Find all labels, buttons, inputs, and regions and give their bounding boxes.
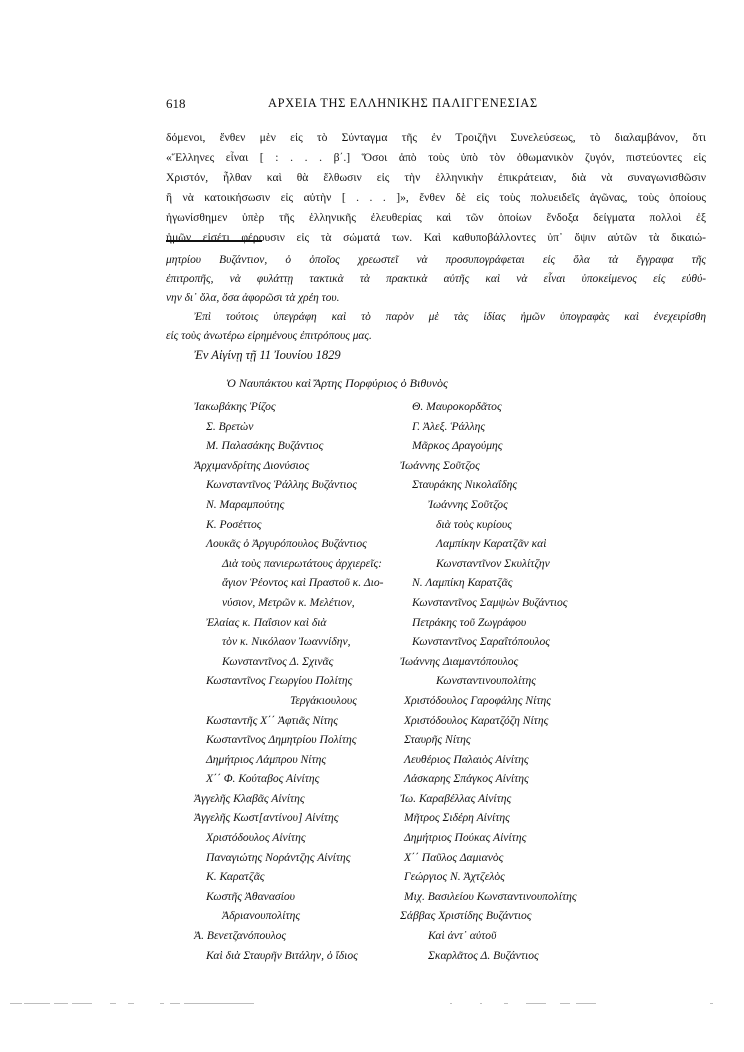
signature-line: Σάββας Χριστίδης Βυζάντιος <box>400 906 680 926</box>
page-header: 618 ΑΡΧΕΙΑ ΤΗΣ ΕΛΛΗΝΙΚΗΣ ΠΑΛΙΓΓΕΝΕΣΙΑΣ <box>166 96 706 116</box>
signature-line: Καὶ ἀντ᾿ αὐτοῦ <box>400 926 680 946</box>
signature-line: Κωσταντῖνος Δημητρίου Πολίτης <box>194 730 404 750</box>
signature-line: Ἀ. Βενετζανόπουλος <box>194 926 404 946</box>
signature-line: Κ. Καρατζᾶς <box>194 867 404 887</box>
signature-line: Ἰωάννης Διαμαντόπουλος <box>400 652 680 672</box>
signature-line: Ἰωάννης Σοῦτζος <box>400 456 680 476</box>
body-line: ἠγωνίσθημεν ὑπὲρ τῆς ἑλληνικῆς ἐλευθερία… <box>166 208 706 228</box>
footnote-line: εἰς τοὺς ἀνωτέρω εἰρημένους ἐπιτρόπους μ… <box>166 327 706 346</box>
dateline: Ἐν Αἰγίνῃ τῇ 11 Ἰουνίου 1829 <box>194 348 341 363</box>
signature-line: ἅγιον Ῥέοντος καὶ Πραστοῦ κ. Διο- <box>194 573 404 593</box>
signature-line: Παναγιώτης Νοράντζης Αἰνίτης <box>194 848 404 868</box>
signature-line: Μᾶρκος Δραγούμης <box>400 436 680 456</box>
signature-line: Λευθέριος Παλαιὸς Αἰνίτης <box>400 750 680 770</box>
footnote-line: μητρίου Βυζάντιον, ὁ ὁποῖος χρεωστεῖ νὰ … <box>166 251 706 270</box>
signature-line: Μῆτρος Σιδέρη Αἰνίτης <box>400 808 680 828</box>
signature-line: Κωσταντῆς Χ΄΄ Ἀφτιᾶς Νίτης <box>194 711 404 731</box>
signatures-right-column: Θ. ΜαυροκορδᾶτοςΓ. Ἀλεξ. ῬάλληςΜᾶρκος Δρ… <box>400 397 680 965</box>
signature-line: Κωνσταντῖνος Σαμψὼν Βυζάντιος <box>400 593 680 613</box>
signature-line: Χ΄΄ Παῦλος Δαμιανὸς <box>400 848 680 868</box>
signature-line: Ν. Λαμπίκη Καρατζᾶς <box>400 573 680 593</box>
footnote-line: ἐπιτροπῆς, νὰ φυλάττῃ τακτικὰ τὰ πρακτικ… <box>166 270 706 289</box>
document-page: 618 ΑΡΧΕΙΑ ΤΗΣ ΕΛΛΗΝΙΚΗΣ ΠΑΛΙΓΓΕΝΕΣΙΑΣ δ… <box>0 0 744 1052</box>
signature-line: Ἰωάννης Σοῦτζος <box>400 495 680 515</box>
signature-line: Κωσταντῖνος Γεωργίου Πολίτης <box>194 671 404 691</box>
signature-line: Τεργάκιουλους <box>194 691 404 711</box>
signature-line: Καὶ διὰ Σταυρῆν Βιτάλην, ὁ ἴδιος <box>194 946 404 966</box>
signature-line: νύσιον, Μετρῶν κ. Μελέτιον, <box>194 593 404 613</box>
signature-line: Μιχ. Βασιλείου Κωνσταντινουπολίτης <box>400 887 680 907</box>
signature-line: Μ. Παλασάκης Βυζάντιος <box>194 436 404 456</box>
running-title: ΑΡΧΕΙΑ ΤΗΣ ΕΛΛΗΝΙΚΗΣ ΠΑΛΙΓΓΕΝΕΣΙΑΣ <box>268 96 538 111</box>
signature-line: Κωνσταντῖνος Σαραΐτόπουλος <box>400 632 680 652</box>
footnote-line: Ἐπὶ τούτοις ὑπεγράφη καὶ τὸ παρὸν μὲ τὰς… <box>166 308 706 327</box>
footnote-block: μητρίου Βυζάντιον, ὁ ὁποῖος χρεωστεῖ νὰ … <box>166 251 706 346</box>
signature-line: Ἐλαίας κ. Παΐσιον καὶ διὰ <box>194 613 404 633</box>
signature-line: Δημήτριος Λάμπρου Νίτης <box>194 750 404 770</box>
signatures-left-column: Ἰακωβάκης ῬίζοςΣ. ΒρετὼνΜ. Παλασάκης Βυζ… <box>194 397 404 965</box>
body-paragraph: δόμενοι, ἔνθεν μὲν εἰς τὸ Σύνταγμα τῆς ἐ… <box>166 128 706 248</box>
signature-line: Λουκᾶς ὁ Ἀργυρόπουλος Βυζάντιος <box>194 534 404 554</box>
signature-line: Χριστόδουλος Καρατζόζη Νίτης <box>400 711 680 731</box>
signature-line: Χριστόδουλος Αἰνίτης <box>194 828 404 848</box>
signature-line: Κωνσταντῖνος Ῥάλλης Βυζάντιος <box>194 475 404 495</box>
body-line: Χριστόν, ἦλθαν καὶ θὰ ἔλθωσιν εἰς τὴν ἑλ… <box>166 168 706 188</box>
signature-line: Κωστῆς Ἀθανασίου <box>194 887 404 907</box>
signature-line: Δημήτριος Πούκας Αἰνίτης <box>400 828 680 848</box>
signature-line: Γεώργιος Ν. Ἀχτζελὸς <box>400 867 680 887</box>
signature-line: Ἀγγελῆς Κλαβᾶς Αἰνίτης <box>194 789 404 809</box>
footnote-divider <box>166 240 262 242</box>
signature-line: Χ΄΄ Φ. Κούταβος Αἰνίτης <box>194 769 404 789</box>
signature-line: Κωνσταντῖνος Δ. Σχινᾶς <box>194 652 404 672</box>
signature-line: Πετράκης τοῦ Ζωγράφου <box>400 613 680 633</box>
body-line: ἡμῶν εἰσέτι φέρουσιν εἰς τὰ σώματά των. … <box>166 228 706 248</box>
signature-line: Ν. Μαραμπούτης <box>194 495 404 515</box>
body-line: δόμενοι, ἔνθεν μὲν εἰς τὸ Σύνταγμα τῆς ἐ… <box>166 128 706 148</box>
body-line: «Ἕλληνες εἶναι [ : . . . β΄.] Ὅσοι ἀπὸ τ… <box>166 148 706 168</box>
signature-line: Λάσκαρης Σπάγκος Αἰνίτης <box>400 769 680 789</box>
signature-line: Ἰακωβάκης Ῥίζος <box>194 397 404 417</box>
page-number: 618 <box>166 96 186 112</box>
body-line: ἢ νὰ κατοικήσωσιν εἰς αὐτὴν [ . . . ]», … <box>166 188 706 208</box>
signature-line: Κωνσταντινουπολίτης <box>400 671 680 691</box>
signature-line: Διὰ τοὺς πανιερωτάτους ἀρχιερεῖς: <box>194 554 404 574</box>
signature-line: Σκαρλᾶτος Δ. Βυζάντιος <box>400 946 680 966</box>
signature-line: Σταυρῆς Νίτης <box>400 730 680 750</box>
signature-line: Σταυράκης Νικολαΐδης <box>400 475 680 495</box>
signature-line: Χριστόδουλος Γαροφάλης Νίτης <box>400 691 680 711</box>
signature-line: Γ. Ἀλεξ. Ῥάλλης <box>400 417 680 437</box>
scan-artifact-line <box>10 1003 734 1005</box>
signature-line: τὸν κ. Νικόλαον Ἰωαννίδην, <box>194 632 404 652</box>
signature-line: Ἀδριανουπολίτης <box>194 906 404 926</box>
footnote-line: νην δι᾿ ὅλα, ὅσα ἀφορῶσι τὰ χρέη του. <box>166 289 706 308</box>
signature-line: Σ. Βρετὼν <box>194 417 404 437</box>
signature-line: διὰ τοὺς κυρίους <box>400 515 680 535</box>
signature-line: Ἀγγελῆς Κωστ[αντίνου] Αἰνίτης <box>194 808 404 828</box>
signature-line: Κωνσταντῖνον Σκυλίτζην <box>400 554 680 574</box>
signature-line: Ἰω. Καραβέλλας Αἰνίτης <box>400 789 680 809</box>
signatory-head: Ὁ Ναυπάκτου καὶ Ἄρτης Πορφύριος ὁ Βιθυνὸ… <box>226 376 448 391</box>
signature-line: Θ. Μαυροκορδᾶτος <box>400 397 680 417</box>
signature-line: Λαμπίκην Καρατζᾶν καὶ <box>400 534 680 554</box>
signature-line: Κ. Ροσέττος <box>194 515 404 535</box>
signature-line: Ἀρχιμανδρίτης Διονύσιος <box>194 456 404 476</box>
